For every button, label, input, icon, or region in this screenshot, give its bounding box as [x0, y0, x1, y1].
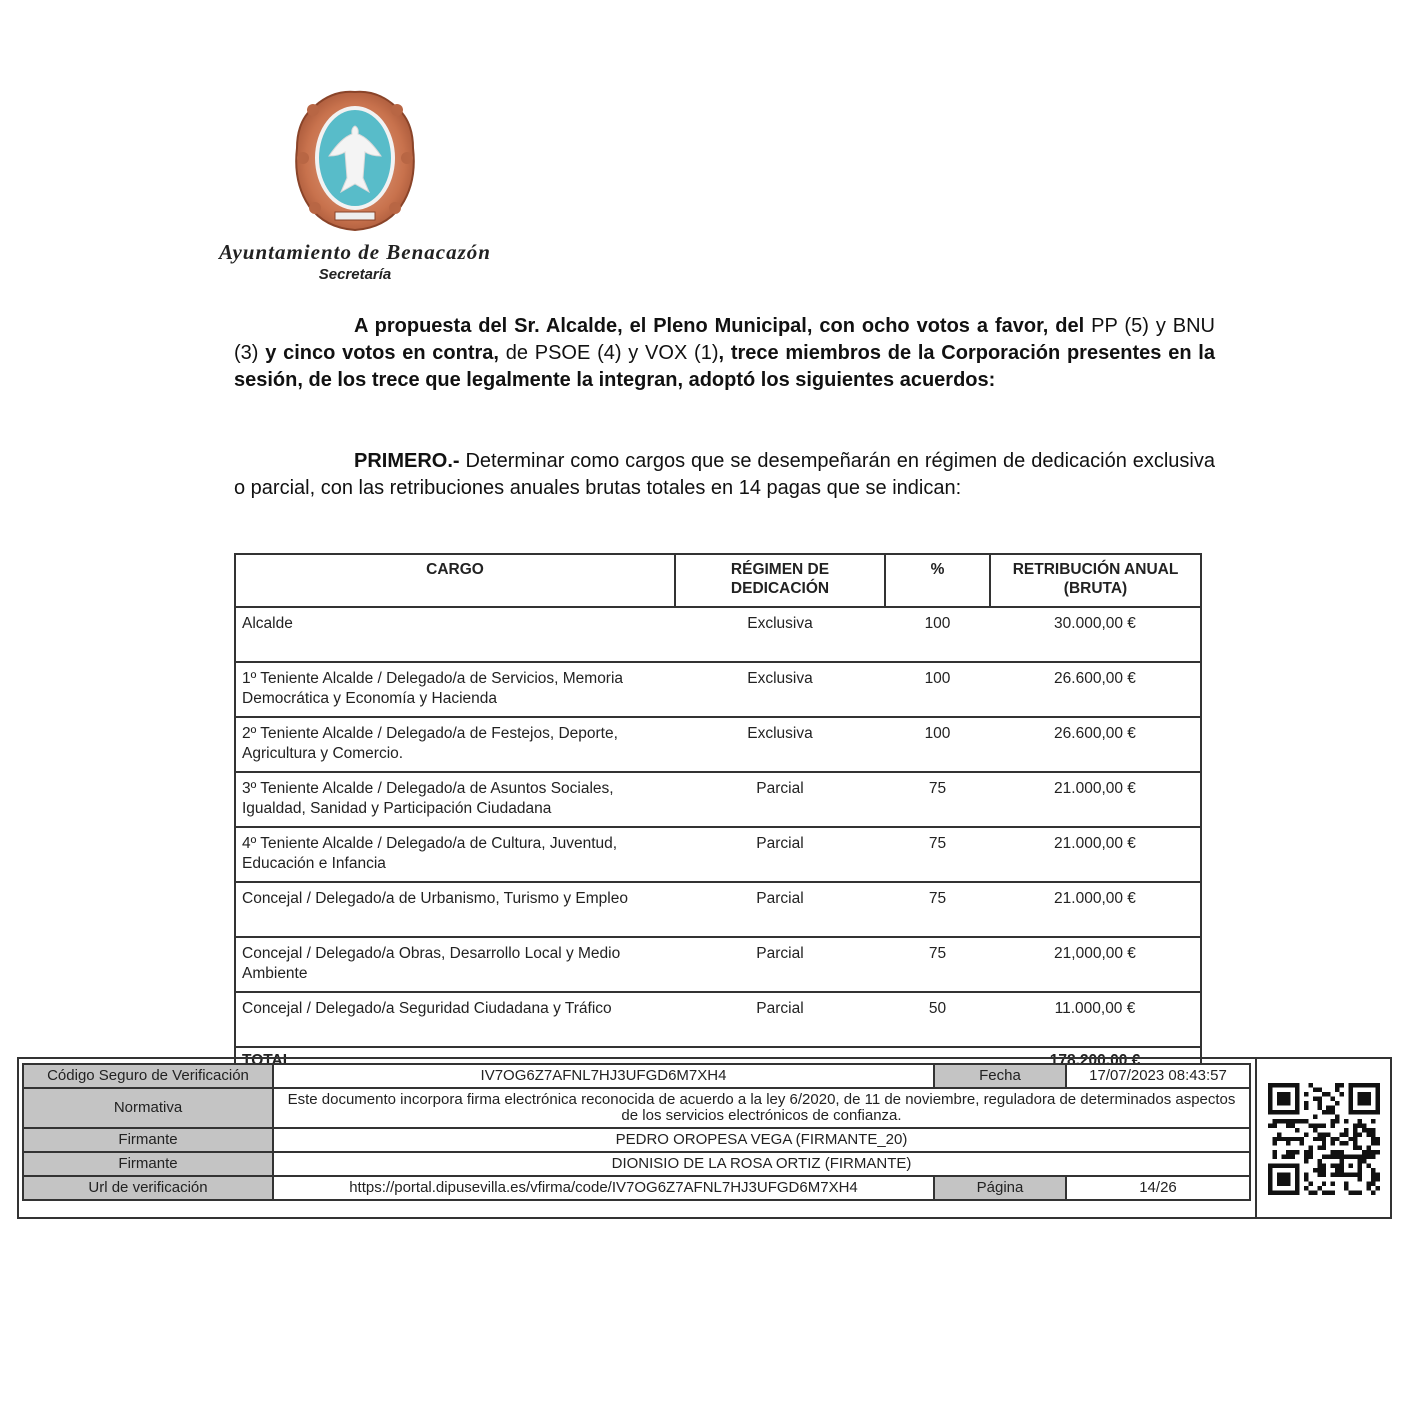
- retribucion-cell: 26.600,00 €: [990, 717, 1201, 772]
- regimen-cell: Parcial: [675, 992, 885, 1047]
- firmante-label: Firmante: [23, 1152, 273, 1176]
- regimen-cell: Exclusiva: [675, 607, 885, 662]
- first-agreement-paragraph: PRIMERO.- Determinar como cargos que se …: [234, 448, 1215, 502]
- organization-name: Ayuntamiento de Benacazón: [200, 240, 510, 265]
- cargo-cell: Concejal / Delegado/a Seguridad Ciudadan…: [235, 992, 675, 1047]
- firmante-value: DIONISIO DE LA ROSA ORTIZ (FIRMANTE): [273, 1152, 1250, 1176]
- pagina-label: Página: [934, 1176, 1066, 1200]
- votes-against: de PSOE (4) y VOX (1): [499, 342, 719, 364]
- percent-cell: 75: [885, 882, 990, 937]
- coat-of-arms-icon: [293, 86, 417, 232]
- fecha-value: 17/07/2023 08:43:57: [1066, 1064, 1250, 1088]
- table-body: AlcaldeExclusiva10030.000,00 €1º Tenient…: [235, 607, 1201, 1047]
- letterhead: Ayuntamiento de Benacazón Secretaría: [200, 86, 510, 283]
- retribucion-cell: 11.000,00 €: [990, 992, 1201, 1047]
- csv-row: Código Seguro de Verificación IV7OG6Z7AF…: [23, 1064, 1250, 1088]
- retribucion-cell: 21.000,00 €: [990, 827, 1201, 882]
- firmante-value: PEDRO OROPESA VEGA (FIRMANTE_20): [273, 1128, 1250, 1152]
- cargo-cell: Concejal / Delegado/a Obras, Desarrollo …: [235, 937, 675, 992]
- retribucion-cell: 30.000,00 €: [990, 607, 1201, 662]
- department-name: Secretaría: [200, 266, 510, 283]
- remuneration-table: CARGO RÉGIMEN DE DEDICACIÓN % RETRIBUCIÓ…: [234, 553, 1202, 1079]
- pagina-value: 14/26: [1066, 1176, 1250, 1200]
- regimen-cell: Parcial: [675, 827, 885, 882]
- normativa-label: Normativa: [23, 1088, 273, 1128]
- cargo-cell: 2º Teniente Alcalde / Delegado/a de Fest…: [235, 717, 675, 772]
- retribucion-cell: 21.000,00 €: [990, 772, 1201, 827]
- cargo-cell: 3º Teniente Alcalde / Delegado/a de Asun…: [235, 772, 675, 827]
- cargo-cell: Concejal / Delegado/a de Urbanismo, Turi…: [235, 882, 675, 937]
- retribucion-cell: 21,000,00 €: [990, 937, 1201, 992]
- votes-against-label: y cinco votos en contra,: [258, 342, 499, 364]
- cargo-cell: Alcalde: [235, 607, 675, 662]
- agreement-label: PRIMERO.-: [354, 450, 460, 472]
- percent-cell: 75: [885, 937, 990, 992]
- header-regimen: RÉGIMEN DE DEDICACIÓN: [675, 554, 885, 607]
- firmante-label: Firmante: [23, 1128, 273, 1152]
- cargo-cell: 1º Teniente Alcalde / Delegado/a de Serv…: [235, 662, 675, 717]
- header-retribucion: RETRIBUCIÓN ANUAL (BRUTA): [990, 554, 1201, 607]
- url-row: Url de verificación https://portal.dipus…: [23, 1176, 1250, 1200]
- fecha-label: Fecha: [934, 1064, 1066, 1088]
- retribucion-cell: 26.600,00 €: [990, 662, 1201, 717]
- header-percent: %: [885, 554, 990, 607]
- retribucion-cell: 21.000,00 €: [990, 882, 1201, 937]
- regimen-cell: Exclusiva: [675, 662, 885, 717]
- regimen-cell: Parcial: [675, 772, 885, 827]
- firmante-row: Firmante DIONISIO DE LA ROSA ORTIZ (FIRM…: [23, 1152, 1250, 1176]
- table-row: 2º Teniente Alcalde / Delegado/a de Fest…: [235, 717, 1201, 772]
- table-row: 3º Teniente Alcalde / Delegado/a de Asun…: [235, 772, 1201, 827]
- table-row: Concejal / Delegado/a Obras, Desarrollo …: [235, 937, 1201, 992]
- table-row: AlcaldeExclusiva10030.000,00 €: [235, 607, 1201, 662]
- percent-cell: 75: [885, 827, 990, 882]
- table-row: Concejal / Delegado/a de Urbanismo, Turi…: [235, 882, 1201, 937]
- verification-url-link[interactable]: https://portal.dipusevilla.es/vfirma/cod…: [273, 1176, 934, 1200]
- url-label: Url de verificación: [23, 1176, 273, 1200]
- normativa-row: Normativa Este documento incorpora firma…: [23, 1088, 1250, 1128]
- percent-cell: 100: [885, 717, 990, 772]
- regimen-cell: Exclusiva: [675, 717, 885, 772]
- csv-label: Código Seguro de Verificación: [23, 1064, 273, 1088]
- regimen-cell: Parcial: [675, 937, 885, 992]
- percent-cell: 75: [885, 772, 990, 827]
- resolution-paragraph: A propuesta del Sr. Alcalde, el Pleno Mu…: [234, 313, 1215, 394]
- table-row: 1º Teniente Alcalde / Delegado/a de Serv…: [235, 662, 1201, 717]
- table-header-row: CARGO RÉGIMEN DE DEDICACIÓN % RETRIBUCIÓ…: [235, 554, 1201, 607]
- cargo-cell: 4º Teniente Alcalde / Delegado/a de Cult…: [235, 827, 675, 882]
- percent-cell: 100: [885, 662, 990, 717]
- regimen-cell: Parcial: [675, 882, 885, 937]
- percent-cell: 100: [885, 607, 990, 662]
- qr-code-icon: [1268, 1083, 1380, 1195]
- table-row: 4º Teniente Alcalde / Delegado/a de Cult…: [235, 827, 1201, 882]
- table-row: Concejal / Delegado/a Seguridad Ciudadan…: [235, 992, 1201, 1047]
- csv-value: IV7OG6Z7AFNL7HJ3UFGD6M7XH4: [273, 1064, 934, 1088]
- percent-cell: 50: [885, 992, 990, 1047]
- header-cargo: CARGO: [235, 554, 675, 607]
- verification-table: Código Seguro de Verificación IV7OG6Z7AF…: [22, 1063, 1251, 1201]
- firmante-row: Firmante PEDRO OROPESA VEGA (FIRMANTE_20…: [23, 1128, 1250, 1152]
- intro-text: A propuesta del Sr. Alcalde, el Pleno Mu…: [354, 315, 1084, 337]
- normativa-value: Este documento incorpora firma electróni…: [273, 1088, 1250, 1128]
